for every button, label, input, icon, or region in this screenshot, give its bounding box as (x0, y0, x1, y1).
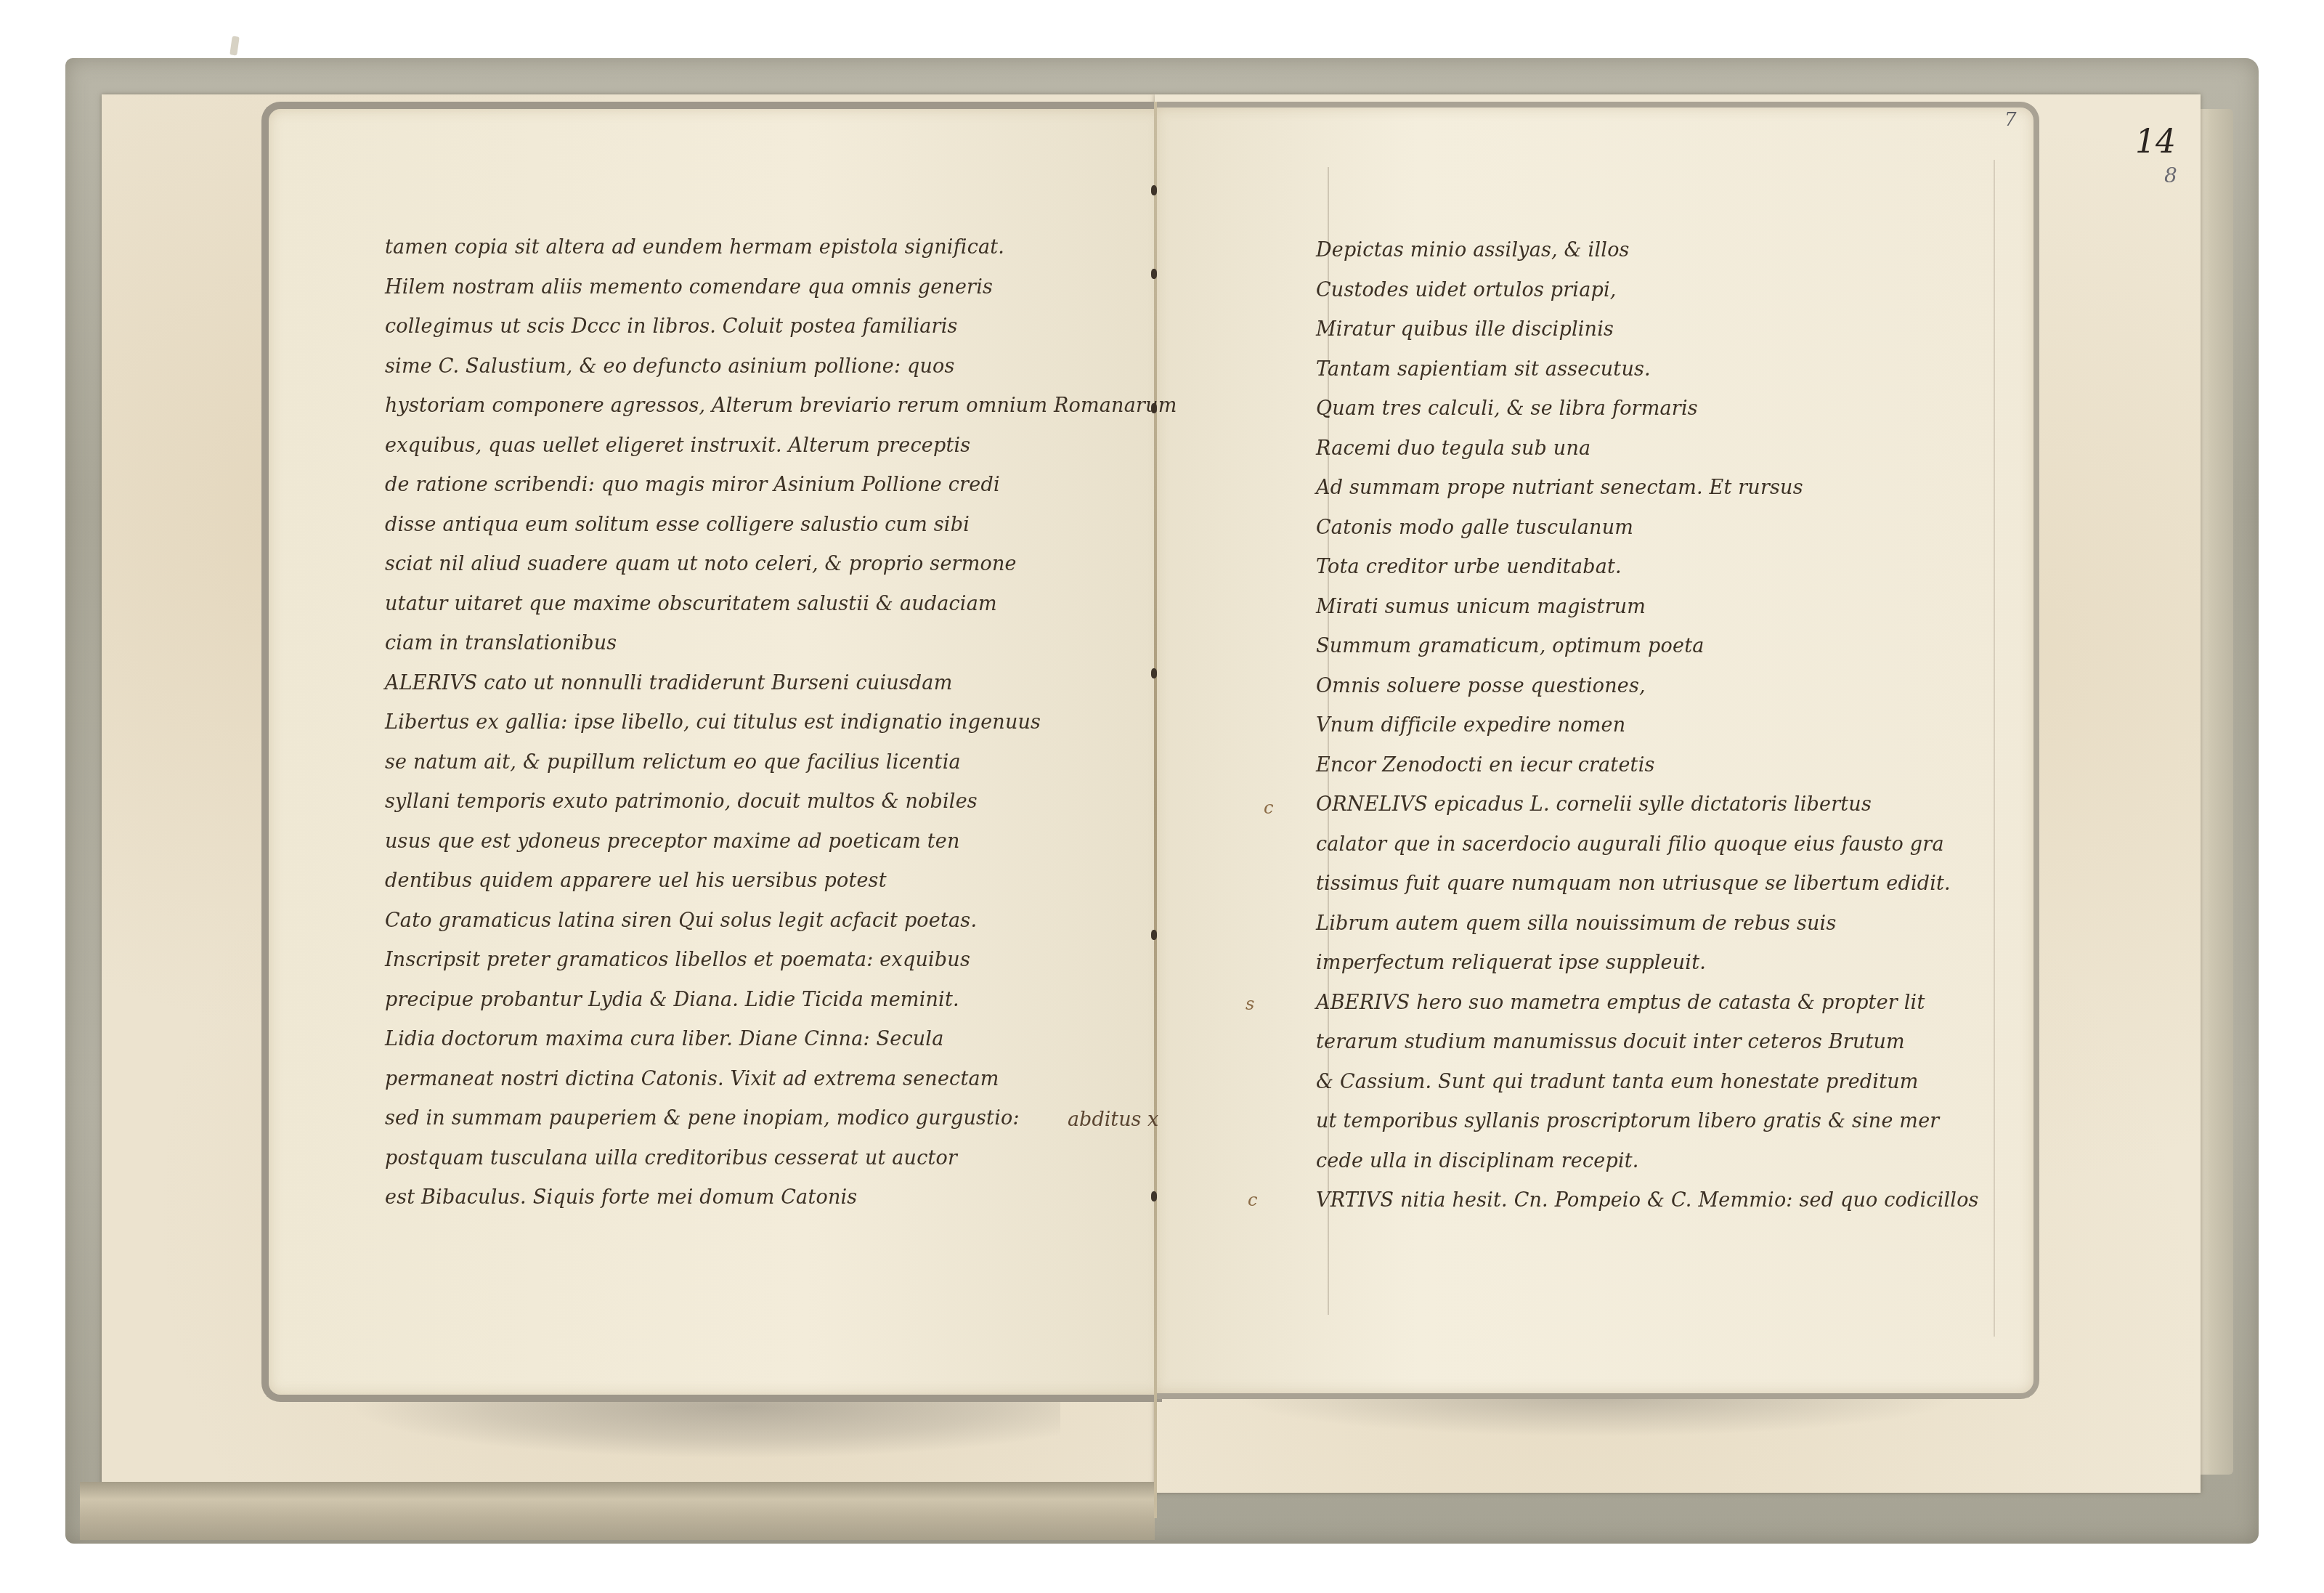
sewing-stitch (1151, 185, 1157, 195)
text-line: exquibus, quas uellet eligeret instruxit… (385, 426, 1111, 466)
section-heading-line: ABERIVS hero suo mametra emptus de catas… (1316, 984, 2006, 1024)
text-line: dentibus quidem apparere uel his uersibu… (385, 862, 1111, 901)
sewing-stitch (1151, 269, 1157, 279)
text-line: syllani temporis exuto patrimonio, docui… (385, 782, 1111, 822)
left-page-text: tamen copia sit altera ad eundem hermam … (385, 228, 1111, 1218)
text-line: Librum autem quem silla nouissimum de re… (1316, 904, 2006, 944)
guide-letter-c: c (1248, 1190, 1257, 1210)
text-line: usus que est ydoneus preceptor maxime ad… (385, 822, 1111, 862)
guide-letter-s: s (1246, 994, 1254, 1014)
verse-line: Custodes uidet ortulos priapi, (1316, 271, 2006, 311)
text-line: sime C. Salustium, & eo defuncto asinium… (385, 347, 1111, 387)
wrapper-tab (229, 36, 240, 55)
text-line: sciat nil aliud suadere quam ut noto cel… (385, 545, 1111, 585)
folio-number-leaf: 7 (2004, 109, 2017, 131)
folio-number-pencil: 8 (2164, 163, 2177, 187)
verse-line: Catonis modo galle tusculanum (1316, 508, 2006, 548)
verse-line: Ad summam prope nutriant senectam. Et ru… (1316, 469, 2006, 508)
section-heading-line: ORNELIVS epicadus L. cornelii sylle dict… (1316, 785, 2006, 825)
folio-number-ink: 14 (2135, 123, 2176, 161)
verse-line: Miratur quibus ille disciplinis (1316, 310, 2006, 350)
wrapper-bottom-band (80, 1482, 1155, 1540)
verse-line: Tota creditor urbe uenditabat. (1316, 548, 2006, 588)
sewing-stitch (1151, 1191, 1157, 1201)
verse-line: Mirati sumus unicum magistrum (1316, 588, 2006, 628)
verse-line: Summum gramaticum, optimum poeta (1316, 627, 2006, 667)
right-page-text: Depictas minio assilyas, & illos Custode… (1316, 231, 2006, 1221)
text-line: Hilem nostram aliis memento comendare qu… (385, 268, 1111, 308)
text-line: ciam in translationibus (385, 624, 1111, 664)
gutter (1154, 102, 1157, 1518)
text-line: est Bibaculus. Siquis forte mei domum Ca… (385, 1178, 1111, 1218)
text-line: tamen copia sit altera ad eundem hermam … (385, 228, 1111, 268)
text-line: tissimus fuit quare numquam non utriusqu… (1316, 864, 2006, 904)
verse-line: Tantam sapientiam sit assecutus. (1316, 350, 2006, 390)
text-line: calator que in sacerdocio augurali filio… (1316, 825, 2006, 865)
text-line: collegimus ut scis Dccc in libros. Colui… (385, 307, 1111, 347)
text-line: disse antiqua eum solitum esse colligere… (385, 506, 1111, 546)
text-line: Cato gramaticus latina siren Qui solus l… (385, 901, 1111, 941)
text-line: sed in summam pauperiem & pene inopiam, … (385, 1099, 1111, 1139)
sewing-stitch (1151, 668, 1157, 678)
text-line: ut temporibus syllanis proscriptorum lib… (1316, 1102, 2006, 1142)
section-heading-line: VRTIVS nitia hesit. Cn. Pompeio & C. Mem… (1316, 1181, 2006, 1221)
verse-line: Depictas minio assilyas, & illos (1316, 231, 2006, 271)
verse-line: Omnis soluere posse questiones, (1316, 667, 2006, 707)
text-line: postquam tusculana uilla creditoribus ce… (385, 1139, 1111, 1179)
text-line: de ratione scribendi: quo magis miror As… (385, 466, 1111, 506)
verse-line: Vnum difficile expedire nomen (1316, 706, 2006, 746)
verse-line: Quam tres calculi, & se libra formaris (1316, 389, 2006, 429)
text-line: hystoriam componere agressos, Alterum br… (385, 386, 1111, 426)
text-line: utatur uitaret que maxime obscuritatem s… (385, 585, 1111, 625)
sewing-stitch (1151, 930, 1157, 940)
verse-line: Racemi duo tegula sub una (1316, 429, 2006, 469)
verse-line: Encor Zenodocti en iecur cratetis (1316, 746, 2006, 786)
text-line: imperfectum reliquerat ipse suppleuit. (1316, 944, 2006, 984)
leaf-shadow-left (349, 1393, 1060, 1459)
text-line: precipue probantur Lydia & Diana. Lidie … (385, 981, 1111, 1021)
section-heading-line: ALERIVS cato ut nonnulli tradiderunt Bur… (385, 664, 1111, 704)
text-line: Libertus ex gallia: ipse libello, cui ti… (385, 703, 1111, 743)
text-line: Lidia doctorum maxima cura liber. Diane … (385, 1020, 1111, 1060)
text-line: Inscripsit preter gramaticos libellos et… (385, 941, 1111, 981)
text-line: permaneat nostri dictina Catonis. Vixit … (385, 1060, 1111, 1100)
leaf-shadow-right (1235, 1393, 1961, 1437)
margin-note: abditus x (1068, 1108, 1158, 1131)
guide-letter-c: c (1264, 798, 1273, 818)
text-line: & Cassium. Sunt qui tradunt tanta eum ho… (1316, 1063, 2006, 1103)
text-line: se natum ait, & pupillum relictum eo que… (385, 743, 1111, 783)
text-line: terarum studium manumissus docuit inter … (1316, 1023, 2006, 1063)
text-line: cede ulla in disciplinam recepit. (1316, 1142, 2006, 1182)
